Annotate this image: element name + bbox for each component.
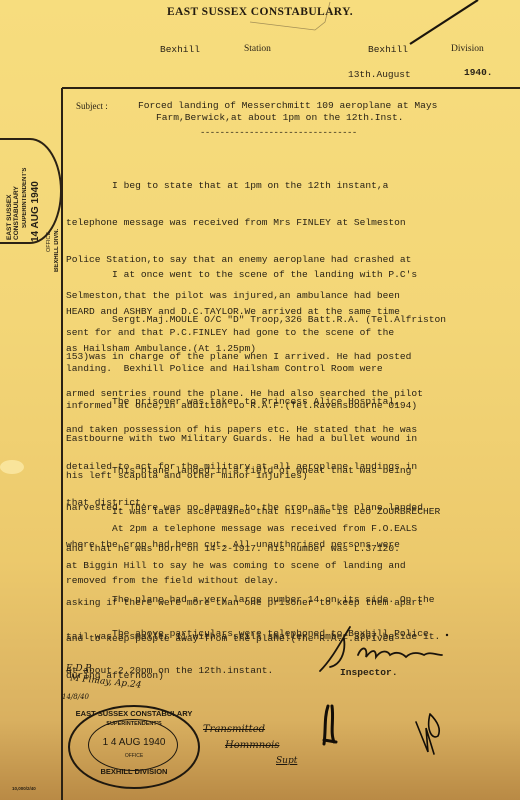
- subject-label: Subject :: [76, 101, 108, 111]
- form-code: 10,000/2/40: [12, 786, 36, 791]
- year-value: 1940.: [464, 67, 493, 78]
- inspector-title: Inspector.: [340, 667, 460, 679]
- stamp-date: 1 4 AUG 1940: [70, 737, 198, 748]
- ink-tick-mark-icon: [320, 704, 340, 748]
- left-stamp-division: BEXHILL DIVN.: [54, 192, 74, 272]
- diagonal-pen-mark-icon: [380, 0, 480, 50]
- subject-line-1: Forced landing of Messerchmitt 109 aerop…: [138, 100, 508, 112]
- subject-underline: --------------------------------: [200, 128, 357, 138]
- text-line: This plane landed in a field of wheat th…: [66, 465, 516, 477]
- station-label: Station: [244, 44, 271, 54]
- stamp-division: BEXHILL DIVISION: [70, 767, 198, 776]
- transmitted-signature: Hommnois: [225, 740, 280, 751]
- text-line: telephone message was received from Mrs …: [66, 217, 516, 229]
- stamp-org: EAST SUSSEX CONSTABULARY: [70, 709, 198, 718]
- text-line: I at once went to the scene of the landi…: [66, 269, 516, 281]
- initials-mark-icon: [414, 710, 454, 770]
- stamp-office: OFFICE: [70, 753, 198, 759]
- date-value: 13th.August: [348, 69, 411, 80]
- left-stamp-org: EAST SUSSEX CONSTABULARY: [6, 140, 20, 240]
- header-rule: [62, 87, 520, 89]
- station-value: Bexhill: [160, 44, 200, 55]
- faint-pencil-mark-icon: [230, 0, 340, 35]
- text-line: 153)was in charge of the plane when I ar…: [66, 351, 516, 363]
- transmitted-supt: Supt: [276, 756, 297, 766]
- transmitted-note: Transmitted: [203, 724, 265, 735]
- subject-line-2: Farm,Berwick,at about 1pm on the 12th.In…: [138, 112, 508, 124]
- margin-note-date: 14/8/40: [62, 693, 89, 701]
- paper-stain: [0, 460, 24, 474]
- superintendent-office-stamp: EAST SUSSEX CONSTABULARY SUPERINTENDENT'…: [68, 705, 200, 789]
- text-line: I beg to state that at 1pm on the 12th i…: [66, 180, 516, 192]
- subject-text: Forced landing of Messerchmitt 109 aerop…: [138, 100, 508, 124]
- text-line: The prisoner was taken to Princess Alice…: [66, 396, 516, 408]
- stamp-sub: SUPERINTENDENT'S: [70, 721, 198, 727]
- document-page: EAST SUSSEX CONSTABULARY. Bexhill Statio…: [0, 0, 520, 800]
- text-line: Sergt.Maj.MOULE O/C "D" Troop,326 Batt.R…: [66, 314, 516, 326]
- text-line: At 2pm a telephone message was received …: [66, 523, 516, 535]
